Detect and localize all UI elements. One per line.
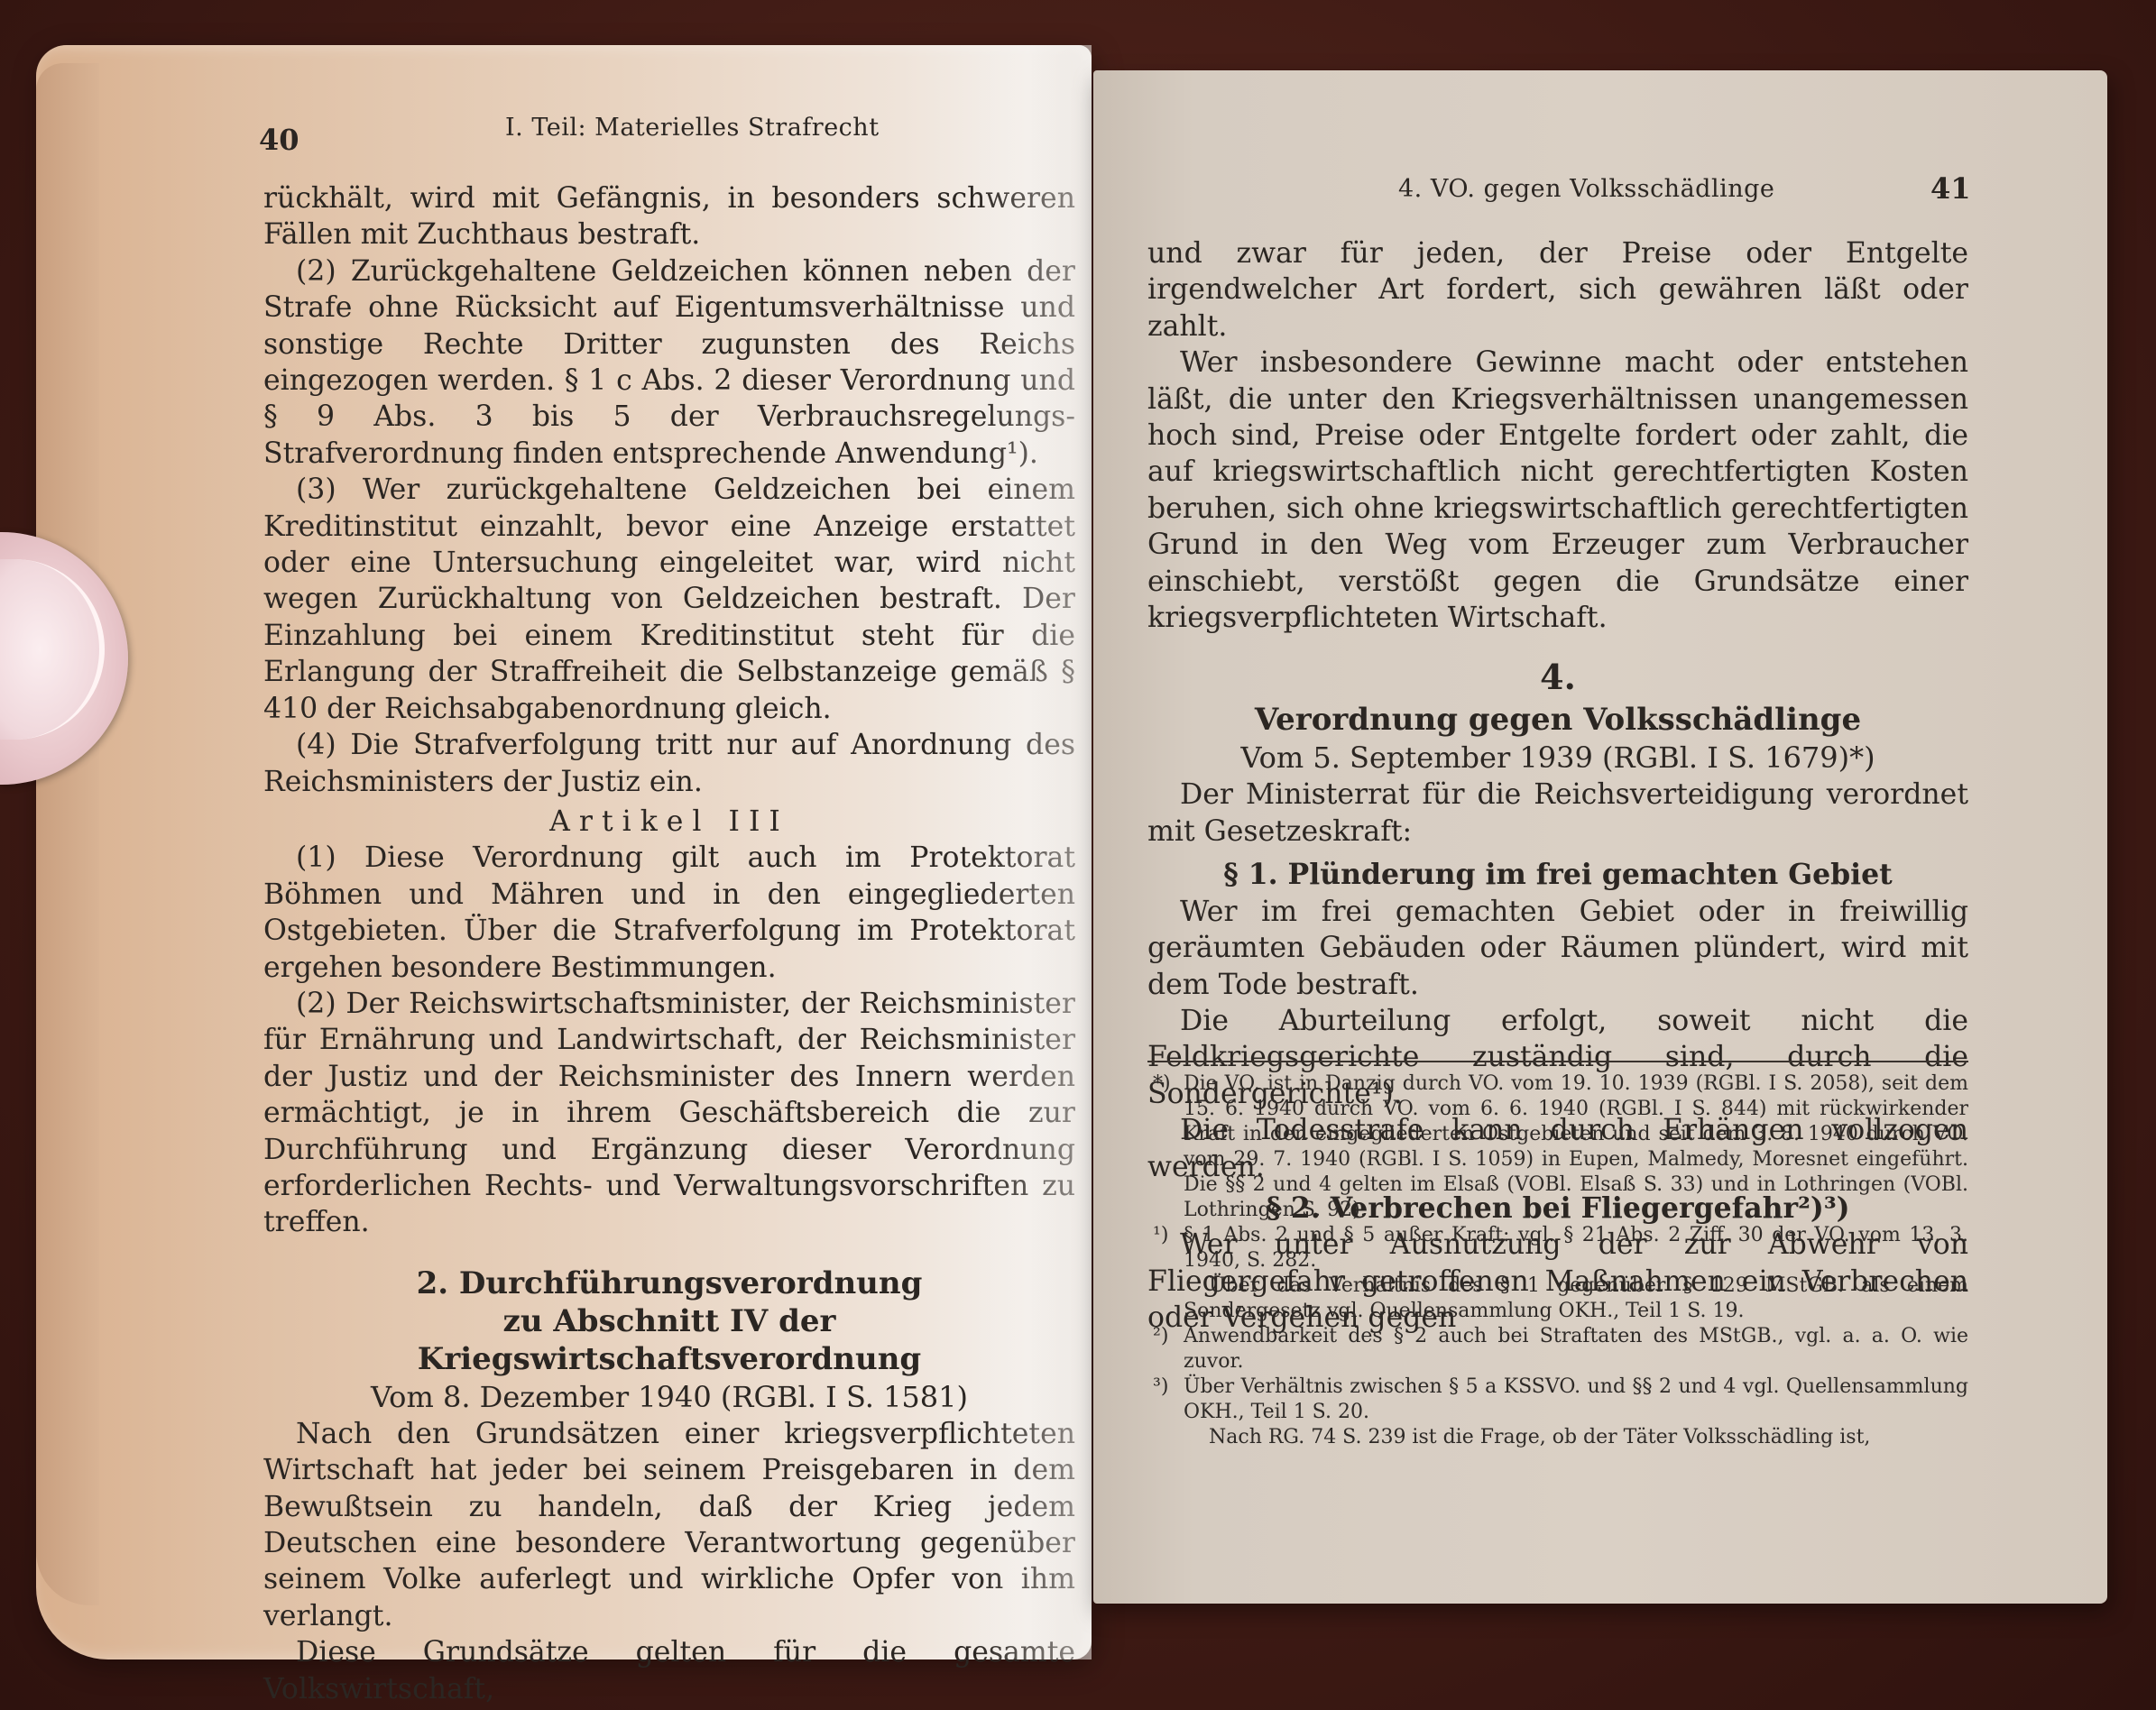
footnote-mark: ¹) [1153,1223,1184,1273]
footnote-mark: ³) [1153,1374,1184,1425]
footnote-divider [1147,1061,1968,1062]
paragraph: (3) Wer zurückgehaltene Geldzeichen bei … [263,472,1075,727]
right-page: 4. VO. gegen Volksschädlinge 41 und zwar… [1093,70,2107,1604]
footnote-mark: *) [1153,1071,1184,1223]
footnote-text: Nach RG. 74 S. 239 ist die Frage, ob der… [1184,1425,1968,1450]
thumbnail-nail [0,559,105,740]
footnote-text: Über das Verhältnis des § 1 gegenüber § … [1184,1273,1968,1324]
footnote-mark [1153,1273,1184,1324]
preamble: Der Ministerrat für die Reichsverteidigu… [1147,777,1968,850]
footnote: Nach RG. 74 S. 239 ist die Frage, ob der… [1153,1425,1968,1450]
footnote-mark [1153,1425,1184,1450]
left-page: 40 I. Teil: Materielles Strafrecht rückh… [36,45,1092,1659]
footnote-text: § 1 Abs. 2 und § 5 außer Kraft: vgl. § 2… [1184,1223,1968,1273]
paragraph: Wer im frei gemachten Gebiet oder in fre… [1147,894,1968,1003]
footnote: Über das Verhältnis des § 1 gegenüber § … [1153,1273,1968,1324]
chapter-date: Vom 5. September 1939 (RGBl. I S. 1679)*… [1147,739,1968,777]
left-body-text: rückhält, wird mit Gefängnis, in besonde… [263,180,1075,1707]
footnote: *) Die VO. ist in Danzig durch VO. vom 1… [1153,1071,1968,1223]
section-subtitle: zu Abschnitt IV der Kriegswirtschaftsver… [263,1302,1075,1378]
footnote-text: Die VO. ist in Danzig durch VO. vom 19. … [1184,1071,1968,1223]
footnote: ³) Über Verhältnis zwischen § 5 a KSSVO.… [1153,1374,1968,1425]
chapter-title: Verordnung gegen Volksschädlinge [1147,701,1968,739]
paragraph: und zwar für jeden, der Preise oder Entg… [1147,235,1968,345]
footnote-text: Anwendbarkeit des § 2 auch bei Straftate… [1184,1324,1968,1374]
page-number: 40 [259,123,299,157]
footnote-text: Über Verhältnis zwischen § 5 a KSSVO. un… [1184,1374,1968,1425]
article-heading: Artikel III [263,804,1075,840]
section-heading: § 1. Plünderung im frei gemachten Gebiet [1147,857,1968,893]
paragraph: (1) Diese Verordnung gilt auch im Protek… [263,840,1075,986]
footnote-mark: ²) [1153,1324,1184,1374]
page-number: 41 [1930,171,1971,206]
page-stack-edge [36,63,99,1605]
paragraph: Nach den Grundsätzen einer kriegsverpfli… [263,1416,1075,1634]
chapter-number: 4. [1147,654,1968,701]
running-header: I. Teil: Materielles Strafrecht [505,114,880,142]
footnote: ²) Anwendbarkeit des § 2 auch bei Straft… [1153,1324,1968,1374]
footnotes: *) Die VO. ist in Danzig durch VO. vom 1… [1153,1071,1968,1450]
paragraph: (2) Der Reichswirtschaftsminister, der R… [263,986,1075,1241]
paragraph: (2) Zurückgehaltene Geldzeichen können n… [263,253,1075,472]
section-title: 2. Durchführungsverordnung [263,1264,1075,1302]
paragraph: rückhält, wird mit Gefängnis, in besonde… [263,180,1075,253]
running-header: 4. VO. gegen Volksschädlinge [1398,175,1774,203]
footnote: ¹) § 1 Abs. 2 und § 5 außer Kraft: vgl. … [1153,1223,1968,1273]
paragraph: Diese Grundsätze gelten für die gesamte … [263,1634,1075,1707]
paragraph: (4) Die Strafverfolgung tritt nur auf An… [263,727,1075,800]
section-date: Vom 8. Dezember 1940 (RGBl. I S. 1581) [263,1378,1075,1416]
paragraph: Wer insbesondere Gewinne macht oder ents… [1147,345,1968,636]
